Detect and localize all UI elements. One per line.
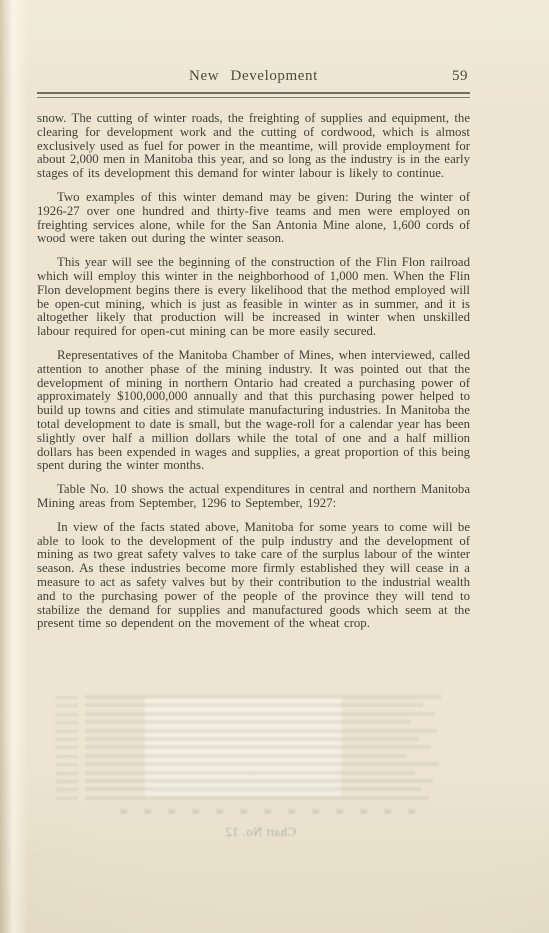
show-through-stripe <box>85 729 437 733</box>
body-paragraph: Table No. 10 shows the actual expenditur… <box>37 483 470 511</box>
show-through-label-stub <box>56 797 78 800</box>
show-through-axis-tick <box>408 809 415 814</box>
show-through-stripe <box>85 720 411 724</box>
body-paragraph: snow. The cutting of winter roads, the f… <box>37 112 470 181</box>
show-through-label-stub <box>56 713 78 716</box>
book-page-scan: New Development 59 snow. The cutting of … <box>0 0 549 933</box>
chapter-title: New Development <box>37 68 470 85</box>
page-content: New Development 59 snow. The cutting of … <box>37 68 470 641</box>
show-through-label-stub <box>56 696 78 699</box>
show-through-stripe <box>85 703 423 707</box>
show-through-label-stub <box>56 738 78 741</box>
show-through-label-stub <box>56 763 78 766</box>
show-through-axis-tick <box>216 809 223 814</box>
show-through-axis-tick <box>312 809 319 814</box>
show-through-axis-tick <box>144 809 151 814</box>
show-through-axis-tick <box>192 809 199 814</box>
show-through-label-stub <box>56 755 78 758</box>
body-text-block: snow. The cutting of winter roads, the f… <box>37 112 470 631</box>
body-paragraph: This year will see the beginning of the … <box>37 256 470 339</box>
show-through-stripe <box>85 779 433 783</box>
header-double-rule <box>37 92 470 98</box>
show-through-stripe <box>85 754 407 758</box>
running-header: New Development 59 <box>37 68 470 90</box>
show-through-label-stub <box>56 788 78 791</box>
show-through-axis-tick <box>288 809 295 814</box>
show-through-stripe <box>85 745 431 749</box>
body-paragraph: Representatives of the Manitoba Chamber … <box>37 349 470 473</box>
show-through-highlight <box>145 697 341 797</box>
show-through-axis-tick <box>360 809 367 814</box>
show-through-axis-tick <box>168 809 175 814</box>
show-through-label-stub <box>56 772 78 775</box>
show-through-stripe <box>85 771 415 775</box>
show-through-chart-caption: Chart No. 12 <box>186 825 296 840</box>
show-through-stripe <box>85 737 419 741</box>
show-through-axis-tick <box>120 809 127 814</box>
show-through-stripe <box>85 787 421 791</box>
page-number: 59 <box>452 68 468 85</box>
show-through-label-stub <box>56 780 78 783</box>
show-through-label-stub <box>56 721 78 724</box>
show-through-area: Chart No. 12 <box>0 693 549 863</box>
body-paragraph: Two examples of this winter demand may b… <box>37 191 470 246</box>
show-through-axis-tick <box>240 809 247 814</box>
show-through-label-stub <box>56 730 78 733</box>
body-paragraph: In view of the facts stated above, Manit… <box>37 521 470 631</box>
show-through-label-stub <box>56 746 78 749</box>
show-through-axis-tick <box>264 809 271 814</box>
show-through-label-stub <box>56 704 78 707</box>
show-through-stripe <box>85 796 429 800</box>
show-through-stripe <box>85 695 441 699</box>
show-through-stripe <box>85 712 435 716</box>
show-through-axis-tick <box>336 809 343 814</box>
show-through-axis-tick <box>384 809 391 814</box>
show-through-stripe <box>85 762 439 766</box>
